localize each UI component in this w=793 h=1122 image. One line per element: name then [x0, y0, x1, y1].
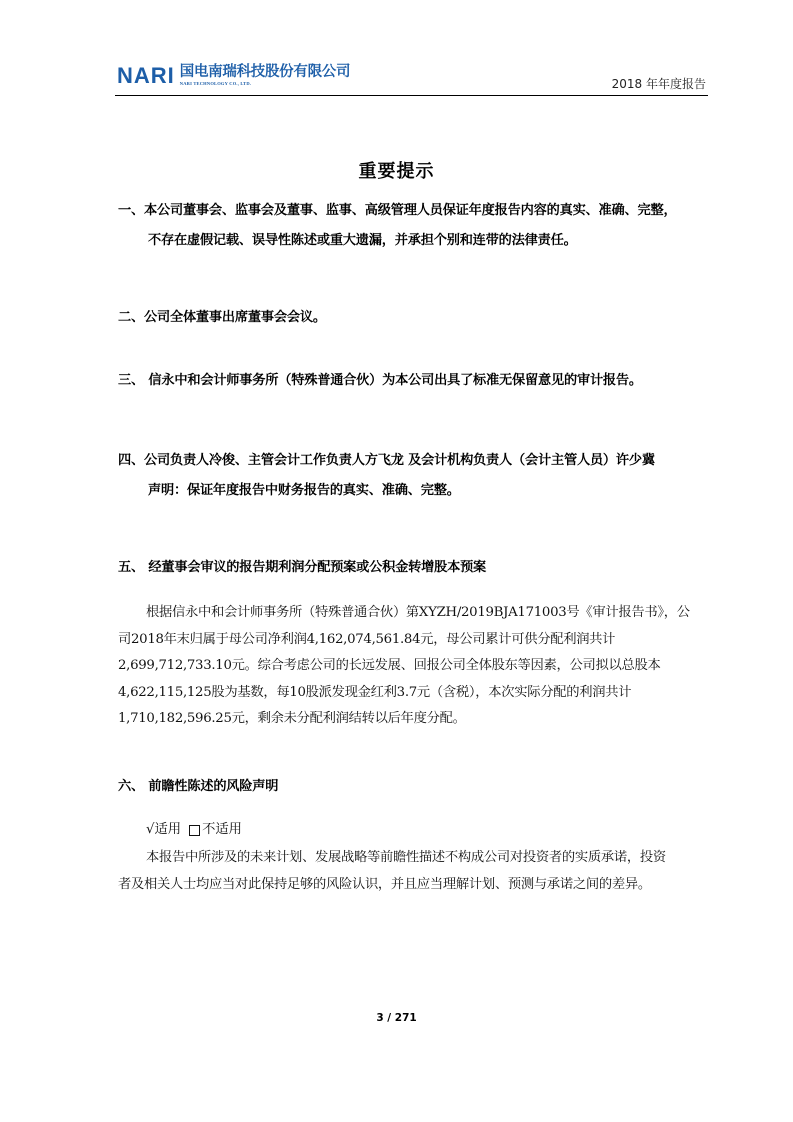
paragraph-line: 根据信永中和会计师事务所（特殊普通合伙）第XYZH/2019BJA171003号… — [118, 600, 708, 627]
item-number: 二、 — [118, 310, 144, 325]
paragraph-line: 2,699,712,733.10元。综合考虑公司的长远发展、回报公司全体股东等因… — [118, 653, 708, 680]
paragraph-line: 1,710,182,596.25元，剩余未分配利润结转以后年度分配。 — [118, 706, 708, 733]
logo-brand: NARI — [117, 64, 175, 88]
notice-item-5: 五、 经董事会审议的报告期利润分配预案或公积金转增股本预案 — [118, 553, 718, 583]
profit-distribution-paragraph: 根据信永中和会计师事务所（特殊普通合伙）第XYZH/2019BJA171003号… — [118, 600, 708, 733]
item-text-continued: 声明：保证年度报告中财务报告的真实、准确、完整。 — [118, 476, 718, 506]
item-number: 三、 — [118, 373, 144, 388]
item-number: 五、 — [118, 560, 144, 575]
risk-statement-paragraph: 本报告中所涉及的未来计划、发展战略等前瞻性描述不构成公司对投资者的实质承诺，投资… — [118, 845, 708, 898]
document-page: NARI 国电南瑞科技股份有限公司 NARI TECHNOLOGY CO., L… — [0, 0, 793, 1122]
notice-item-3: 三、 信永中和会计师事务所（特殊普通合伙）为本公司出具了标准无保留意见的审计报告… — [118, 366, 718, 396]
logo-company-en: NARI TECHNOLOGY CO., LTD. — [180, 81, 350, 86]
empty-checkbox-icon — [189, 825, 200, 836]
item-number: 六、 — [118, 779, 144, 794]
notice-item-6: 六、 前瞻性陈述的风险声明 — [118, 772, 718, 802]
item-text: 经董事会审议的报告期利润分配预案或公积金转增股本预案 — [144, 560, 486, 575]
notice-item-4: 四、公司负责人冷俊、主管会计工作负责人方飞龙 及会计机构负责人（会计主管人员）许… — [118, 446, 718, 506]
item-text: 信永中和会计师事务所（特殊普通合伙）为本公司出具了标准无保留意见的审计报告。 — [144, 373, 642, 388]
company-logo: NARI 国电南瑞科技股份有限公司 NARI TECHNOLOGY CO., L… — [117, 64, 350, 88]
not-applicable-label: 不适用 — [202, 820, 242, 840]
item-number: 四、 — [118, 453, 144, 468]
page-header: NARI 国电南瑞科技股份有限公司 NARI TECHNOLOGY CO., L… — [115, 60, 708, 96]
page-title: 重要提示 — [0, 157, 793, 183]
item-number: 一、 — [118, 203, 144, 218]
item-text: 前瞻性陈述的风险声明 — [144, 779, 278, 794]
item-text: 公司负责人冷俊、主管会计工作负责人方飞龙 及会计机构负责人（会计主管人员）许少冀 — [144, 453, 655, 468]
notice-item-1: 一、本公司董事会、监事会及董事、监事、高级管理人员保证年度报告内容的真实、准确、… — [118, 196, 718, 256]
notice-item-2: 二、公司全体董事出席董事会会议。 — [118, 303, 718, 333]
check-mark-icon: √ — [146, 820, 154, 840]
paragraph-line: 司2018年末归属于母公司净利润4,162,074,561.84元，母公司累计可… — [118, 627, 708, 654]
page-number: 3 / 271 — [0, 1012, 793, 1024]
applicability-options: √ 适用 不适用 — [146, 820, 242, 840]
item-text-continued: 不存在虚假记载、误导性陈述或重大遗漏，并承担个别和连带的法律责任。 — [118, 226, 718, 256]
paragraph-line: 4,622,115,125股为基数，每10股派发现金红利3.7元（含税），本次实… — [118, 680, 708, 707]
item-text: 本公司董事会、监事会及董事、监事、高级管理人员保证年度报告内容的真实、准确、完整… — [144, 203, 676, 218]
report-title: 2018 年年度报告 — [612, 75, 706, 92]
paragraph-line: 本报告中所涉及的未来计划、发展战略等前瞻性描述不构成公司对投资者的实质承诺，投资 — [118, 845, 708, 872]
logo-company-cn: 国电南瑞科技股份有限公司 — [180, 64, 350, 81]
applicable-label: 适用 — [154, 820, 181, 840]
item-text: 公司全体董事出席董事会会议。 — [144, 310, 326, 325]
paragraph-line: 者及相关人士均应当对此保持足够的风险认识，并且应当理解计划、预测与承诺之间的差异… — [118, 872, 708, 899]
